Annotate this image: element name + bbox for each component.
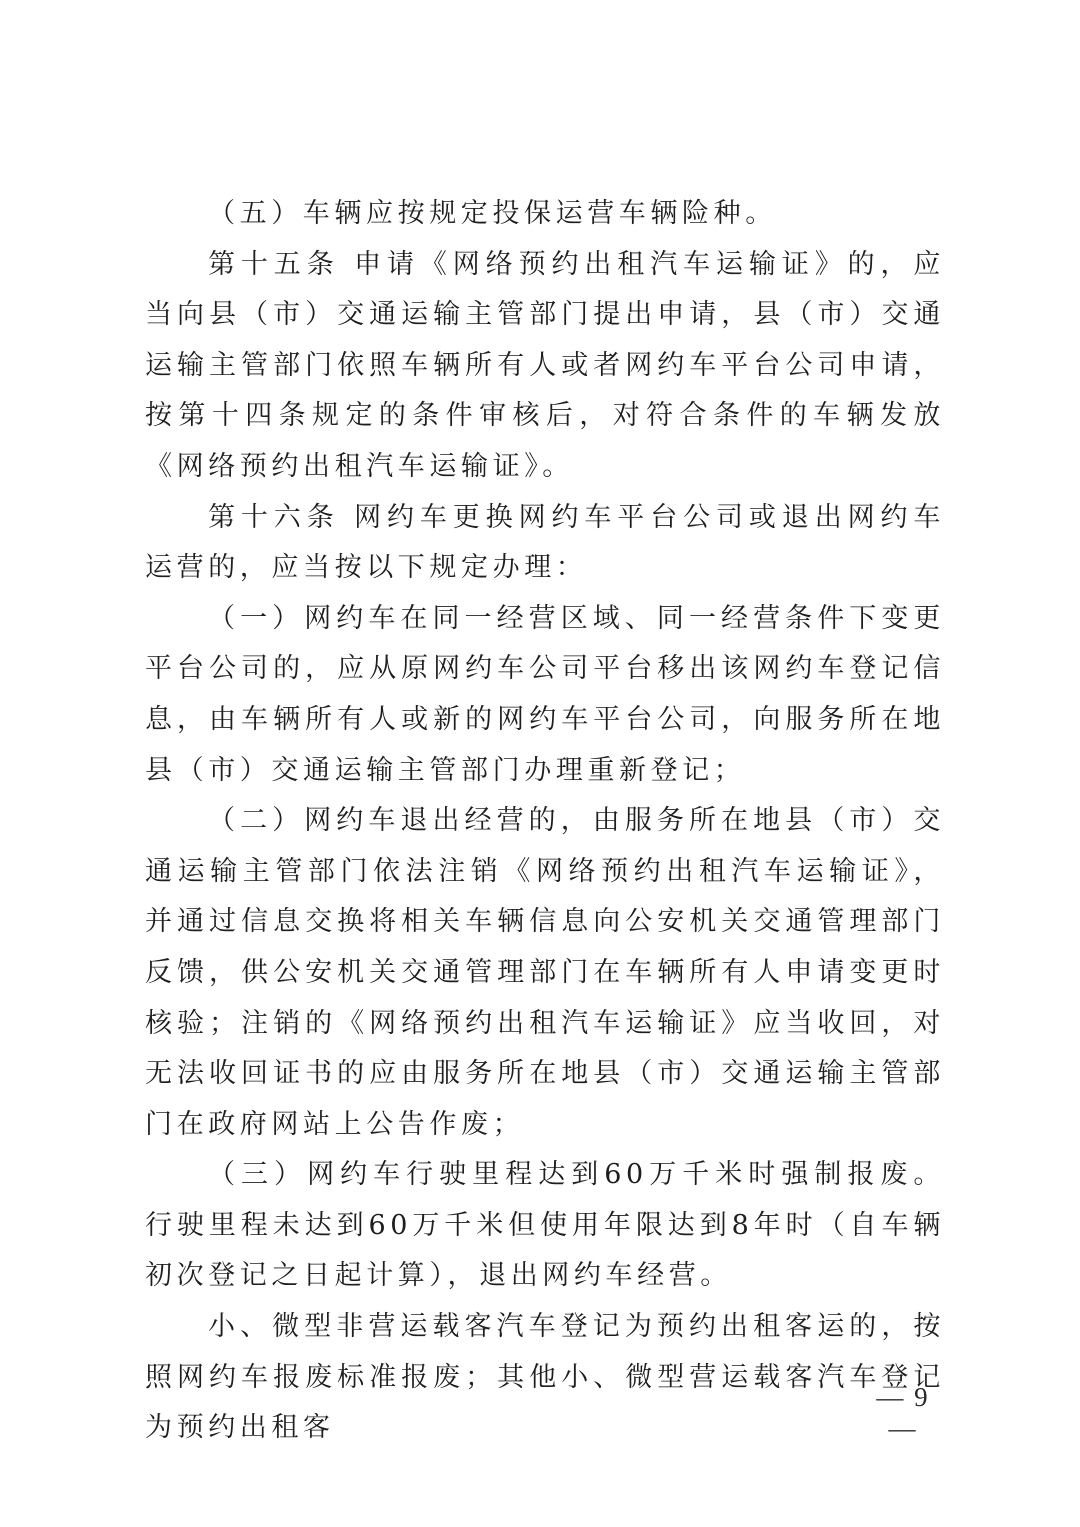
page-number: — 9 —: [858, 1382, 948, 1444]
paragraph-item-2-exit-operation: （二）网约车退出经营的，由服务所在地县（市）交通运输主管部门依法注销《网络预约出…: [145, 796, 945, 1150]
paragraph-item-3-scrapping: （三）网约车行驶里程达到60万千米时强制报废。行驶里程未达到60万千米但使用年限…: [145, 1150, 945, 1302]
document-body: （五）车辆应按规定投保运营车辆险种。 第十五条 申请《网络预约出租汽车运输证》的…: [145, 189, 945, 1454]
paragraph-article-16: 第十六条 网约车更换网约车平台公司或退出网约车运营的，应当按以下规定办理：: [145, 493, 945, 594]
paragraph-insurance-requirement: （五）车辆应按规定投保运营车辆险种。: [145, 189, 945, 240]
document-page: （五）车辆应按规定投保运营车辆险种。 第十五条 申请《网络预约出租汽车运输证》的…: [0, 0, 1080, 1527]
paragraph-vehicle-scrapping-standard: 小、微型非营运载客汽车登记为预约出租客运的，按照网约车报废标准报废；其他小、微型…: [145, 1302, 945, 1454]
paragraph-item-1-change-platform: （一）网约车在同一经营区域、同一经营条件下变更平台公司的，应从原网约车公司平台移…: [145, 594, 945, 796]
paragraph-article-15: 第十五条 申请《网络预约出租汽车运输证》的，应当向县（市）交通运输主管部门提出申…: [145, 240, 945, 493]
